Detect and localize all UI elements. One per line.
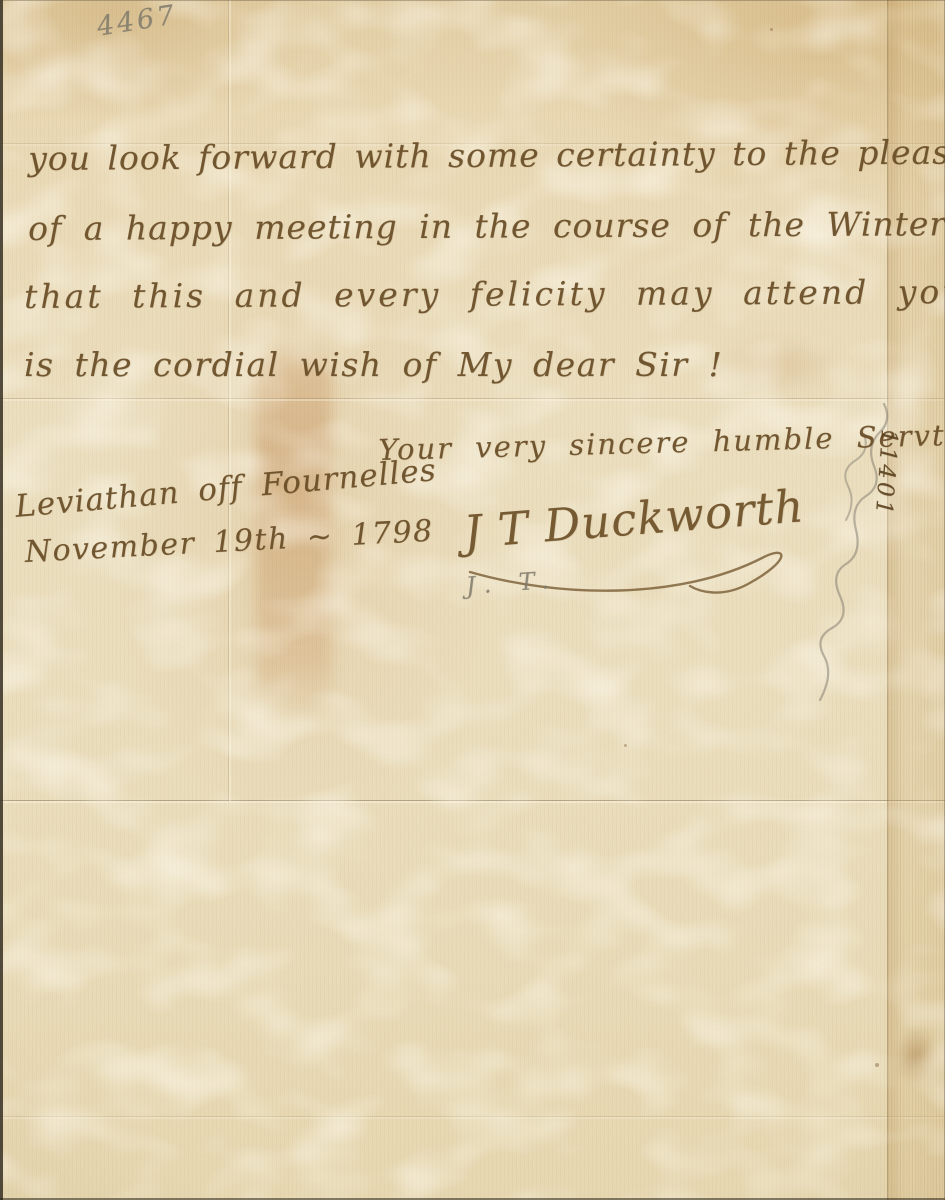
letter-closing: Your very sincere humble Servt [378, 421, 945, 465]
paper-texture-overlay [0, 0, 945, 1200]
ink-speck [624, 744, 627, 747]
scan-edge-left [0, 0, 3, 1200]
ship-place-line: Leviathan off Fournelles [14, 455, 438, 523]
ink-speck [770, 28, 773, 31]
scan-edge-top [0, 0, 945, 1]
letter-scan-page: you look forward with some certainty to … [0, 0, 945, 1200]
pencil-catalog-number: 4467 [95, 1, 179, 40]
fold-crease-middle [0, 800, 945, 803]
right-fold-strip [887, 0, 945, 1200]
letter-body-line-3: that this and every felicity may attend … [24, 275, 945, 313]
date-line: November 19th ~ 1798 [24, 517, 434, 568]
mid-right-stain [700, 330, 860, 400]
fold-crease-vertical [228, 0, 231, 802]
fold-crease-upper [0, 398, 945, 401]
letter-body-line-4: is the cordial wish of My dear Sir ! [24, 348, 723, 381]
ink-number-vertical: 11401 [871, 428, 900, 518]
ink-speck [875, 1063, 879, 1067]
letter-body-line-2: of a happy meeting in the course of the … [28, 207, 945, 245]
pencil-initials: J. T. [465, 568, 560, 598]
laid-paper-ribbing [0, 0, 945, 1200]
letter-body-line-1: you look forward with some certainty to … [28, 135, 945, 175]
signature: J T Duckworth [462, 483, 806, 555]
fold-crease-lower [0, 1116, 945, 1119]
